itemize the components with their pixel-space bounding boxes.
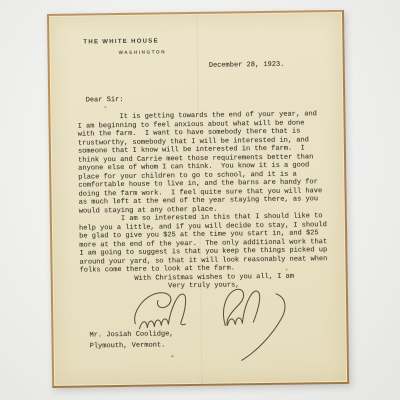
letter-paper: THE WHITE HOUSE WASHINGTON December 28, … <box>47 10 349 388</box>
letter-body: Dear Sir: It is getting towards the end … <box>77 93 328 292</box>
photo-background: THE WHITE HOUSE WASHINGTON December 28, … <box>0 0 400 400</box>
letterhead-washington: WASHINGTON <box>119 49 167 55</box>
date-line: December 28, 1923. <box>209 61 285 70</box>
recipient-address: Mr. Josiah Coolidge, Plymouth, Vermont. <box>89 329 173 351</box>
foxing-spot <box>171 355 174 357</box>
signature-calvin-coolidge <box>130 283 301 363</box>
letterhead-white-house: THE WHITE HOUSE <box>83 38 159 45</box>
foxing-spot <box>286 269 288 271</box>
foxing-spot <box>104 106 106 108</box>
